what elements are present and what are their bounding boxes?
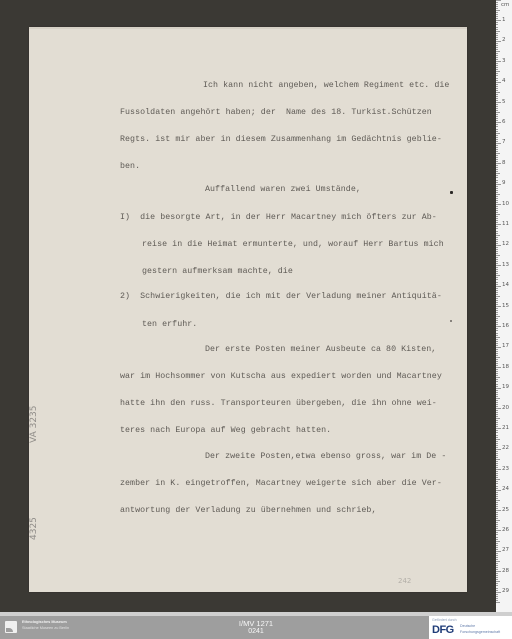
ruler-tick <box>496 31 500 32</box>
ruler-tick <box>496 594 498 595</box>
ruler-tick <box>496 479 500 480</box>
ruler-tick <box>496 147 498 148</box>
ruler-tick <box>496 69 498 70</box>
ruler-label: 14 <box>502 282 509 288</box>
ruler-tick <box>496 284 498 285</box>
ruler-tick <box>496 175 498 176</box>
typed-line: zember in K. eingetroffen, Macartney wei… <box>120 479 442 488</box>
ruler-tick <box>496 306 501 307</box>
ruler-tick <box>496 296 500 297</box>
ruler-tick <box>496 20 501 21</box>
ruler-tick <box>496 412 498 413</box>
ruler-tick <box>496 314 498 315</box>
ruler-tick <box>496 108 498 109</box>
ruler-tick <box>496 184 501 185</box>
ruler-tick <box>496 243 498 244</box>
ruler-tick <box>496 428 501 429</box>
ruler-tick <box>496 543 498 544</box>
ruler-tick <box>496 57 498 58</box>
ruler-tick <box>496 139 498 140</box>
ruler-tick <box>496 418 500 419</box>
ruler-tick <box>496 41 501 42</box>
ruler-tick <box>496 553 498 554</box>
ruler-tick <box>496 510 501 511</box>
ruler-tick <box>496 573 498 574</box>
ruler-tick <box>496 430 498 431</box>
ruler-tick <box>496 282 498 283</box>
ruler-tick <box>496 231 498 232</box>
ruler-tick <box>496 545 498 546</box>
ruler-tick <box>496 337 500 338</box>
ruler-tick <box>496 481 498 482</box>
ruler-tick <box>496 261 498 262</box>
ruler-tick <box>496 324 498 325</box>
ruler-tick <box>496 308 498 309</box>
folio-number: 242 <box>398 577 411 585</box>
ruler-tick <box>496 559 498 560</box>
ruler-tick <box>496 277 498 278</box>
ruler-tick <box>496 588 498 589</box>
ruler-label: 12 <box>502 241 509 247</box>
ruler-tick <box>496 279 498 280</box>
ruler-tick <box>496 381 498 382</box>
ruler-tick <box>496 539 498 540</box>
ruler-tick <box>496 328 498 329</box>
ruler-tick <box>496 86 498 87</box>
ruler-tick <box>496 84 498 85</box>
ruler-tick <box>496 202 498 203</box>
ruler-tick <box>496 290 498 291</box>
ruler-tick <box>496 600 498 601</box>
ruler-tick <box>496 461 498 462</box>
ruler-tick <box>496 494 498 495</box>
ruler-tick <box>496 575 498 576</box>
ruler-tick <box>496 581 500 582</box>
ruler-tick <box>496 67 498 68</box>
ruler-tick <box>496 549 498 550</box>
ruler-label: 22 <box>502 445 509 451</box>
ruler-tick <box>496 192 498 193</box>
ruler-tick <box>496 116 498 117</box>
ruler-tick <box>496 92 500 93</box>
ruler-tick <box>496 8 498 9</box>
ruler-tick <box>496 37 498 38</box>
ruler-tick <box>496 486 498 487</box>
ink-mark <box>450 320 452 322</box>
cm-ruler: cm 1234567891011121314151617181920212223… <box>496 0 512 612</box>
ruler-tick <box>496 363 498 364</box>
ruler-tick <box>496 4 498 5</box>
typed-line: reise in die Heimat ermunterte, und, wor… <box>142 240 444 249</box>
ruler-tick <box>496 388 501 389</box>
ruler-tick <box>496 55 498 56</box>
ruler-tick <box>496 114 498 115</box>
ruler-tick <box>496 112 500 113</box>
ruler-tick <box>496 520 500 521</box>
ruler-tick <box>496 561 500 562</box>
ruler-tick <box>496 141 498 142</box>
ruler-tick <box>496 88 498 89</box>
ruler-tick <box>496 63 498 64</box>
ruler-label: 7 <box>502 139 506 145</box>
ruler-tick <box>496 245 501 246</box>
typed-line: teres nach Europa auf Weg gebracht hatte… <box>120 426 331 435</box>
ruler-tick <box>496 43 498 44</box>
ruler-tick <box>496 471 498 472</box>
ruler-tick <box>496 241 498 242</box>
ruler-tick <box>496 577 498 578</box>
ruler-tick <box>496 483 498 484</box>
ruler-tick <box>496 492 498 493</box>
ruler-tick <box>496 569 498 570</box>
ruler-tick <box>496 286 501 287</box>
ruler-tick <box>496 49 498 50</box>
ruler-tick <box>496 169 498 170</box>
ruler-tick <box>496 530 501 531</box>
ruler-tick <box>496 571 501 572</box>
ruler-tick <box>496 39 498 40</box>
ruler-tick <box>496 467 498 468</box>
ruler-tick <box>496 447 498 448</box>
ruler-tick <box>496 120 498 121</box>
ruler-tick <box>496 228 498 229</box>
ruler-tick <box>496 437 498 438</box>
ruler-tick <box>496 504 498 505</box>
ruler-tick <box>496 196 498 197</box>
typed-line: ten erfuhr. <box>142 320 197 329</box>
ruler-tick <box>496 155 498 156</box>
ruler-tick <box>496 518 498 519</box>
ruler-label: 11 <box>502 221 509 227</box>
ruler-label: 9 <box>502 180 506 186</box>
ruler-tick <box>496 359 498 360</box>
ruler-tick <box>496 537 498 538</box>
ruler-tick <box>496 143 501 144</box>
ruler-tick <box>496 163 501 164</box>
ruler-tick <box>496 361 498 362</box>
ruler-tick <box>496 255 500 256</box>
ruler-tick <box>496 106 498 107</box>
ruler-tick <box>496 400 498 401</box>
ruler-label: 1 <box>502 17 506 23</box>
ruler-tick <box>496 524 498 525</box>
ruler-tick <box>496 420 498 421</box>
ruler-tick <box>496 310 498 311</box>
ruler-tick <box>496 27 498 28</box>
ruler-tick <box>496 341 498 342</box>
ruler-tick <box>496 590 498 591</box>
ruler-tick <box>496 29 498 30</box>
ruler-tick <box>496 326 501 327</box>
ruler-tick <box>496 10 500 11</box>
ruler-tick <box>496 253 498 254</box>
ruler-tick <box>496 392 498 393</box>
ruler-tick <box>496 137 498 138</box>
ruler-tick <box>496 222 498 223</box>
ruler-tick <box>496 294 498 295</box>
ruler-tick <box>496 404 498 405</box>
ruler-tick <box>496 598 498 599</box>
ruler-tick <box>496 273 498 274</box>
ruler-label: 26 <box>502 527 509 533</box>
ruler-tick <box>496 414 498 415</box>
ruler-tick <box>496 124 498 125</box>
ruler-tick <box>496 528 498 529</box>
ruler-tick <box>496 122 501 123</box>
ruler-tick <box>496 90 498 91</box>
ruler-label: 16 <box>502 323 509 329</box>
ruler-tick <box>496 449 501 450</box>
ruler-tick <box>496 206 498 207</box>
scan-viewer: VA 3235 4325 242 Ich kann nicht angeben,… <box>0 0 496 612</box>
ruler-tick <box>496 459 500 460</box>
ruler-tick <box>496 398 500 399</box>
funded-by-label: Gefördert durch <box>432 618 457 622</box>
ruler-tick <box>496 349 498 350</box>
ruler-label: 24 <box>502 486 509 492</box>
ruler-tick <box>496 271 498 272</box>
ruler-tick <box>496 157 498 158</box>
ruler-tick <box>496 265 501 266</box>
typed-line: Regts. ist mir aber in diesem Zusammenha… <box>120 135 442 144</box>
ruler-tick <box>496 335 498 336</box>
ruler-tick <box>496 416 498 417</box>
ruler-tick <box>496 526 498 527</box>
pencil-accession-note: VA 3235 <box>29 405 39 443</box>
ruler-tick <box>496 565 498 566</box>
ruler-tick <box>496 173 500 174</box>
ruler-tick <box>496 35 498 36</box>
dfg-mark: DFG <box>432 624 454 636</box>
typed-line: war im Hochsommer von Kutscha aus expedi… <box>120 372 442 381</box>
ruler-tick <box>496 514 498 515</box>
footer-bar: Ethnologisches Museum Staatliche Museen … <box>0 616 512 639</box>
document-page: VA 3235 4325 242 Ich kann nicht angeben,… <box>29 27 467 592</box>
ruler-tick <box>496 522 498 523</box>
ruler-tick <box>496 96 498 97</box>
ruler-tick <box>496 214 500 215</box>
ruler-tick <box>496 22 498 23</box>
ruler-tick <box>496 204 501 205</box>
ruler-tick <box>496 186 498 187</box>
ruler-tick <box>496 300 498 301</box>
ruler-label: 18 <box>502 364 509 370</box>
ruler-tick <box>496 455 498 456</box>
ruler-tick <box>496 153 500 154</box>
ruler-tick <box>496 200 498 201</box>
ruler-label: 4 <box>502 78 506 84</box>
ruler-tick <box>496 390 498 391</box>
ruler-tick <box>496 534 498 535</box>
ruler-label: 21 <box>502 425 509 431</box>
typed-line: Der zweite Posten,etwa ebenso gross, war… <box>205 452 446 461</box>
ruler-tick <box>496 322 498 323</box>
ruler-tick <box>496 498 498 499</box>
ruler-tick <box>496 218 498 219</box>
ruler-tick <box>496 2 498 3</box>
ruler-tick <box>496 94 498 95</box>
ruler-tick <box>496 302 498 303</box>
ruler-tick <box>496 426 498 427</box>
ruler-tick <box>496 145 498 146</box>
ruler-tick <box>496 516 498 517</box>
ruler-tick <box>496 235 500 236</box>
ruler-label: 8 <box>502 160 506 166</box>
typed-line: I) die besorgte Art, in der Herr Macartn… <box>120 213 437 222</box>
ruler-tick <box>496 441 498 442</box>
typed-line: gestern aufmerksam machte, die <box>142 267 293 276</box>
ruler-tick <box>496 131 498 132</box>
ruler-tick <box>496 65 498 66</box>
ruler-tick <box>496 532 498 533</box>
ruler-tick <box>496 502 498 503</box>
ruler-tick <box>496 596 498 597</box>
ruler-tick <box>496 180 498 181</box>
ruler-tick <box>496 496 498 497</box>
ruler-tick <box>496 312 498 313</box>
ruler-tick <box>496 71 500 72</box>
ruler-tick <box>496 373 498 374</box>
ruler-tick <box>496 386 498 387</box>
ruler-label: 3 <box>502 58 506 64</box>
ruler-tick <box>496 133 500 134</box>
ruler-label: 25 <box>502 507 509 513</box>
ruler-tick <box>496 47 498 48</box>
ruler-tick <box>496 555 498 556</box>
typed-line: hatte ihn den russ. Transporteuren überg… <box>120 399 437 408</box>
typed-line: Fussoldaten angehört haben; der Name des… <box>120 108 432 117</box>
ruler-tick <box>496 73 498 74</box>
typed-line: Auffallend waren zwei Umstände, <box>205 185 361 194</box>
ruler-tick <box>496 208 498 209</box>
ruler-tick <box>496 579 498 580</box>
ruler-tick <box>496 182 498 183</box>
ruler-tick <box>496 435 498 436</box>
ruler-tick <box>496 190 498 191</box>
ruler-tick <box>496 177 498 178</box>
dfg-name-line1: Deutsche <box>460 624 475 628</box>
ruler-tick <box>496 16 498 17</box>
ruler-tick <box>496 151 498 152</box>
ruler-tick <box>496 500 500 501</box>
ruler-tick <box>496 104 498 105</box>
ruler-tick <box>496 508 498 509</box>
ruler-tick <box>496 477 498 478</box>
ruler-tick <box>496 557 498 558</box>
ruler-tick <box>496 343 498 344</box>
ruler-tick <box>496 451 498 452</box>
ruler-tick <box>496 220 498 221</box>
ruler-tick <box>496 59 498 60</box>
ruler-tick <box>496 394 498 395</box>
ruler-tick <box>496 585 498 586</box>
ruler-tick <box>496 118 498 119</box>
ruler-tick <box>496 512 498 513</box>
ruler-tick <box>496 53 498 54</box>
ruler-label: 13 <box>502 262 509 268</box>
ruler-tick <box>496 98 498 99</box>
ruler-tick <box>496 547 498 548</box>
dfg-logo: Gefördert durch DFG Deutsche Forschungsg… <box>429 616 512 639</box>
ruler-tick <box>496 239 498 240</box>
ruler-label: 17 <box>502 343 509 349</box>
ruler-tick <box>496 212 498 213</box>
typed-line: antwortung der Verladung zu übernehmen u… <box>120 506 376 515</box>
ruler-tick <box>496 541 500 542</box>
ruler-tick <box>496 102 501 103</box>
ruler-tick <box>496 371 498 372</box>
ruler-tick <box>496 488 498 489</box>
typed-line: Ich kann nicht angeben, welchem Regiment… <box>203 81 449 90</box>
ruler-tick <box>496 396 498 397</box>
ruler-tick <box>496 267 498 268</box>
ruler-tick <box>496 424 498 425</box>
ruler-tick <box>496 377 500 378</box>
ruler-tick <box>496 24 498 25</box>
ruler-tick <box>496 445 498 446</box>
ruler-label: 6 <box>502 119 506 125</box>
ruler-unit-label: cm <box>501 2 509 8</box>
ruler-tick <box>496 110 498 111</box>
ruler-label: 20 <box>502 405 509 411</box>
ruler-tick <box>496 237 498 238</box>
ruler-tick <box>496 14 498 15</box>
ruler-tick <box>496 463 498 464</box>
ruler-tick <box>496 171 498 172</box>
ruler-tick <box>496 275 500 276</box>
ruler-tick <box>496 126 498 127</box>
ruler-tick <box>496 333 498 334</box>
ruler-label: 29 <box>502 588 509 594</box>
ruler-tick <box>496 384 498 385</box>
ruler-tick <box>496 367 501 368</box>
ruler-tick <box>496 351 498 352</box>
ruler-tick <box>496 18 498 19</box>
ruler-tick <box>496 345 498 346</box>
ruler-tick <box>496 379 498 380</box>
ink-mark <box>450 191 453 194</box>
ruler-tick <box>496 375 498 376</box>
ruler-tick <box>496 188 498 189</box>
ruler-tick <box>496 149 498 150</box>
ruler-label: 28 <box>502 568 509 574</box>
ruler-label: 27 <box>502 547 509 553</box>
ruler-tick <box>496 251 498 252</box>
ruler-label: 2 <box>502 37 506 43</box>
ruler-tick <box>496 51 500 52</box>
ruler-tick <box>496 551 501 552</box>
ruler-tick <box>496 402 498 403</box>
ruler-tick <box>496 563 498 564</box>
ruler-tick <box>496 298 498 299</box>
ruler-tick <box>496 80 498 81</box>
ruler-tick <box>496 194 500 195</box>
ruler-tick <box>496 61 501 62</box>
ruler-tick <box>496 226 498 227</box>
ruler-tick <box>496 422 498 423</box>
ruler-tick <box>496 355 498 356</box>
ruler-tick <box>496 159 498 160</box>
ruler-tick <box>496 432 498 433</box>
ruler-tick <box>496 288 498 289</box>
ruler-tick <box>496 292 498 293</box>
ruler-tick <box>496 259 498 260</box>
pencil-number-note: 4325 <box>29 517 39 540</box>
ruler-tick <box>496 161 498 162</box>
typed-line: ben. <box>120 162 140 171</box>
ruler-tick <box>496 369 498 370</box>
typed-line: 2) Schwierigkeiten, die ich mit der Verl… <box>120 292 442 301</box>
